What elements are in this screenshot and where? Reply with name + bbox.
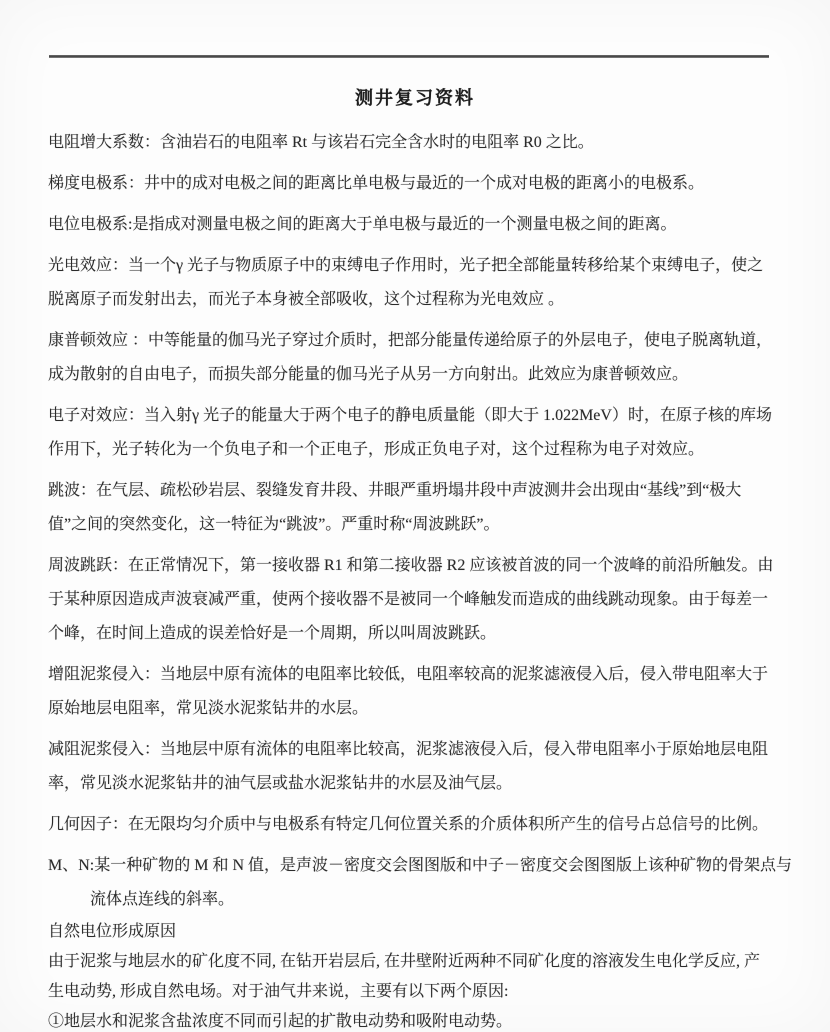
- text-line: 增阻泥浆侵入：当地层中原有流体的电阻率比较低，电阻率较高的泥浆滤液侵入后，侵入带…: [48, 658, 800, 692]
- paragraph: 由于泥浆与地层水的矿化度不同, 在钻开岩层后, 在井壁附近两种不同矿化度的溶液发…: [48, 947, 800, 1007]
- text-line: M、N:某一种矿物的 M 和 N 值，是声波－密度交会图图版和中子－密度交会图图…: [48, 849, 800, 883]
- text-line: 脱离原子而发射出去，而光子本身被全部吸收，这个过程称为光电效应 。: [48, 283, 800, 317]
- paragraph: 电子对效应：当入射γ 光子的能量大于两个电子的静电质量能（即大于 1.022Me…: [48, 399, 800, 467]
- text-line: 率，常见淡水泥浆钻井的油气层或盐水泥浆钻井的水层及油气层。: [48, 767, 800, 801]
- document-body: 电阻增大系数：含油岩石的电阻率 Rt 与该岩石完全含水时的电阻率 R0 之比。梯…: [0, 110, 830, 1032]
- paragraph: 减阻泥浆侵入：当地层中原有流体的电阻率比较高，泥浆滤液侵入后，侵入带电阻率小于原…: [48, 733, 800, 801]
- document-page: 测井复习资料 电阻增大系数：含油岩石的电阻率 Rt 与该岩石完全含水时的电阻率 …: [0, 0, 830, 1032]
- paragraph: ①地层水和泥浆含盐浓度不同而引起的扩散电动势和吸附电动势。: [48, 1007, 800, 1032]
- text-line: 流体点连线的斜率。: [48, 883, 800, 917]
- text-line: 光电效应：当一个γ 光子与物质原子中的束缚电子作用时，光子把全部能量转移给某个束…: [48, 249, 800, 283]
- text-line: 成为散射的自由电子，而损失部分能量的伽马光子从另一方向射出。此效应为康普顿效应。: [48, 358, 800, 392]
- paragraph: 增阻泥浆侵入：当地层中原有流体的电阻率比较低，电阻率较高的泥浆滤液侵入后，侵入带…: [48, 658, 800, 726]
- paragraph: 梯度电极系：井中的成对电极之间的距离比单电极与最近的一个成对电极的距离小的电极系…: [48, 167, 800, 201]
- text-line: 周波跳跃：在正常情况下，第一接收器 R1 和第二接收器 R2 应该被首波的同一个…: [48, 549, 800, 583]
- text-line: 康普顿效应 ：中等能量的伽马光子穿过介质时，把部分能量传递给原子的外层电子，使电…: [48, 324, 800, 358]
- text-line: 原始地层电阻率，常见淡水泥浆钻井的水层。: [48, 692, 800, 726]
- text-line: 由于泥浆与地层水的矿化度不同, 在钻开岩层后, 在井壁附近两种不同矿化度的溶液发…: [48, 947, 800, 977]
- paragraph: 电阻增大系数：含油岩石的电阻率 Rt 与该岩石完全含水时的电阻率 R0 之比。: [48, 126, 800, 160]
- text-line: ①地层水和泥浆含盐浓度不同而引起的扩散电动势和吸附电动势。: [48, 1007, 800, 1032]
- text-line: 减阻泥浆侵入：当地层中原有流体的电阻率比较高，泥浆滤液侵入后，侵入带电阻率小于原…: [48, 733, 800, 767]
- text-line: 电阻增大系数：含油岩石的电阻率 Rt 与该岩石完全含水时的电阻率 R0 之比。: [48, 126, 800, 160]
- paragraph: 跳波：在气层、疏松砂岩层、裂缝发育井段、井眼严重坍塌井段中声波测井会出现由“基线…: [48, 474, 800, 542]
- text-line: 梯度电极系：井中的成对电极之间的距离比单电极与最近的一个成对电极的距离小的电极系…: [48, 167, 800, 201]
- paragraph: 自然电位形成原因: [48, 917, 800, 947]
- text-line: 几何因子：在无限均匀介质中与电极系有特定几何位置关系的介质体积所产生的信号占总信…: [48, 808, 800, 842]
- text-line: 作用下，光子转化为一个负电子和一个正电子，形成正负电子对，这个过程称为电子对效应…: [48, 433, 800, 467]
- text-line: 跳波：在气层、疏松砂岩层、裂缝发育井段、井眼严重坍塌井段中声波测井会出现由“基线…: [48, 474, 800, 508]
- paragraph: 周波跳跃：在正常情况下，第一接收器 R1 和第二接收器 R2 应该被首波的同一个…: [48, 549, 800, 651]
- text-line: 于某种原因造成声波衰减严重，使两个接收器不是被同一个峰触发而造成的曲线跳动现象。…: [48, 583, 800, 617]
- paragraph: 光电效应：当一个γ 光子与物质原子中的束缚电子作用时，光子把全部能量转移给某个束…: [48, 249, 800, 317]
- text-line: 电位电极系:是指成对测量电极之间的距离大于单电极与最近的一个测量电极之间的距离。: [48, 208, 800, 242]
- text-line: 值”之间的突然变化，这一特征为“跳波”。严重时称“周波跳跃”。: [48, 508, 800, 542]
- paragraph: 电位电极系:是指成对测量电极之间的距离大于单电极与最近的一个测量电极之间的距离。: [48, 208, 800, 242]
- text-line: 自然电位形成原因: [48, 917, 800, 947]
- paragraph: 几何因子：在无限均匀介质中与电极系有特定几何位置关系的介质体积所产生的信号占总信…: [48, 808, 800, 842]
- text-line: 个峰，在时间上造成的误差恰好是一个周期，所以叫周波跳跃。: [48, 617, 800, 651]
- paragraph: 康普顿效应 ：中等能量的伽马光子穿过介质时，把部分能量传递给原子的外层电子，使电…: [48, 324, 800, 392]
- paragraph: M、N:某一种矿物的 M 和 N 值，是声波－密度交会图图版和中子－密度交会图图…: [48, 849, 800, 917]
- text-line: 生电动势, 形成自然电场。对于油气井来说，主要有以下两个原因:: [48, 977, 800, 1007]
- top-horizontal-rule: [49, 55, 769, 58]
- text-line: 电子对效应：当入射γ 光子的能量大于两个电子的静电质量能（即大于 1.022Me…: [48, 399, 800, 433]
